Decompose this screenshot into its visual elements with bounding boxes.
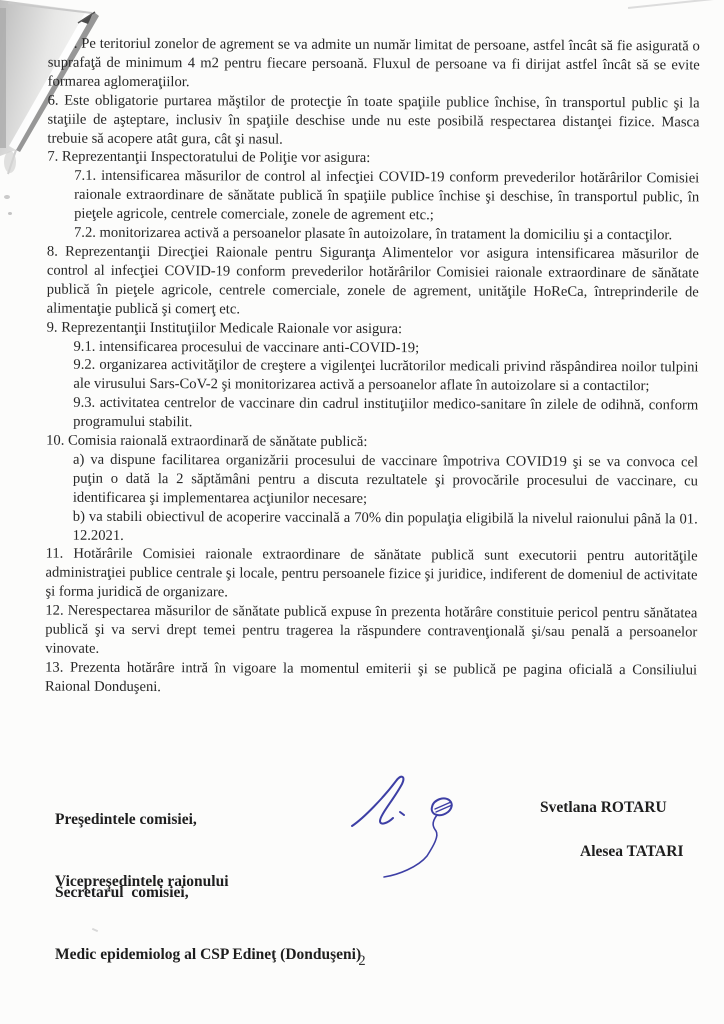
paragraph-11: 11. Hotărârile Comisiei raionale extraor…	[45, 545, 697, 605]
document-body: . Pe teritoriul zonelor de agrement se v…	[45, 35, 700, 700]
paragraph-8: 8. Reprezentanţii Direcţiei Raionale pen…	[47, 243, 699, 321]
secretary-title: Secretarul comisiei, Medic epidemiolog a…	[55, 842, 361, 1006]
scanned-page: . Pe teritoriul zonelor de agrement se v…	[0, 0, 724, 1024]
president-name: Svetlana ROTARU	[540, 799, 667, 817]
page-number: 2	[0, 953, 724, 970]
paragraph-10b: b) va stabili obiectivul de acoperire va…	[73, 507, 698, 548]
president-title-line1: Preşedintele comisiei,	[55, 810, 229, 831]
paragraph-5: . Pe teritoriul zonelor de agrement se v…	[48, 35, 700, 95]
paragraph-9: 9. Reprezentanţii Instituţiilor Medicale…	[47, 318, 699, 340]
secretary-name: Alesea TATARI	[580, 843, 683, 861]
secretary-title-line1: Secretarul comisiei,	[55, 883, 361, 904]
paragraph-6: 6. Este obligatorie purtarea măştilor de…	[47, 91, 699, 151]
paragraph-9.3: 9.3. activitatea centrelor de vaccinare …	[73, 394, 698, 435]
paragraph-7.1: 7.1. intensificarea măsurilor de control…	[74, 167, 699, 226]
paragraph-12: 12. Nerespectarea măsurilor de sănătate …	[45, 602, 697, 662]
signature-ink	[340, 765, 460, 890]
corner-scan-line	[628, 0, 724, 8]
scan-speck	[8, 212, 12, 215]
paragraph-9.2: 9.2. organizarea activităţilor de creşte…	[73, 356, 698, 397]
paragraph-13: 13. Prezenta hotărâre intră în vigoare l…	[45, 658, 697, 699]
paragraph-10a: a) va dispune facilitarea organizării pr…	[73, 451, 698, 510]
